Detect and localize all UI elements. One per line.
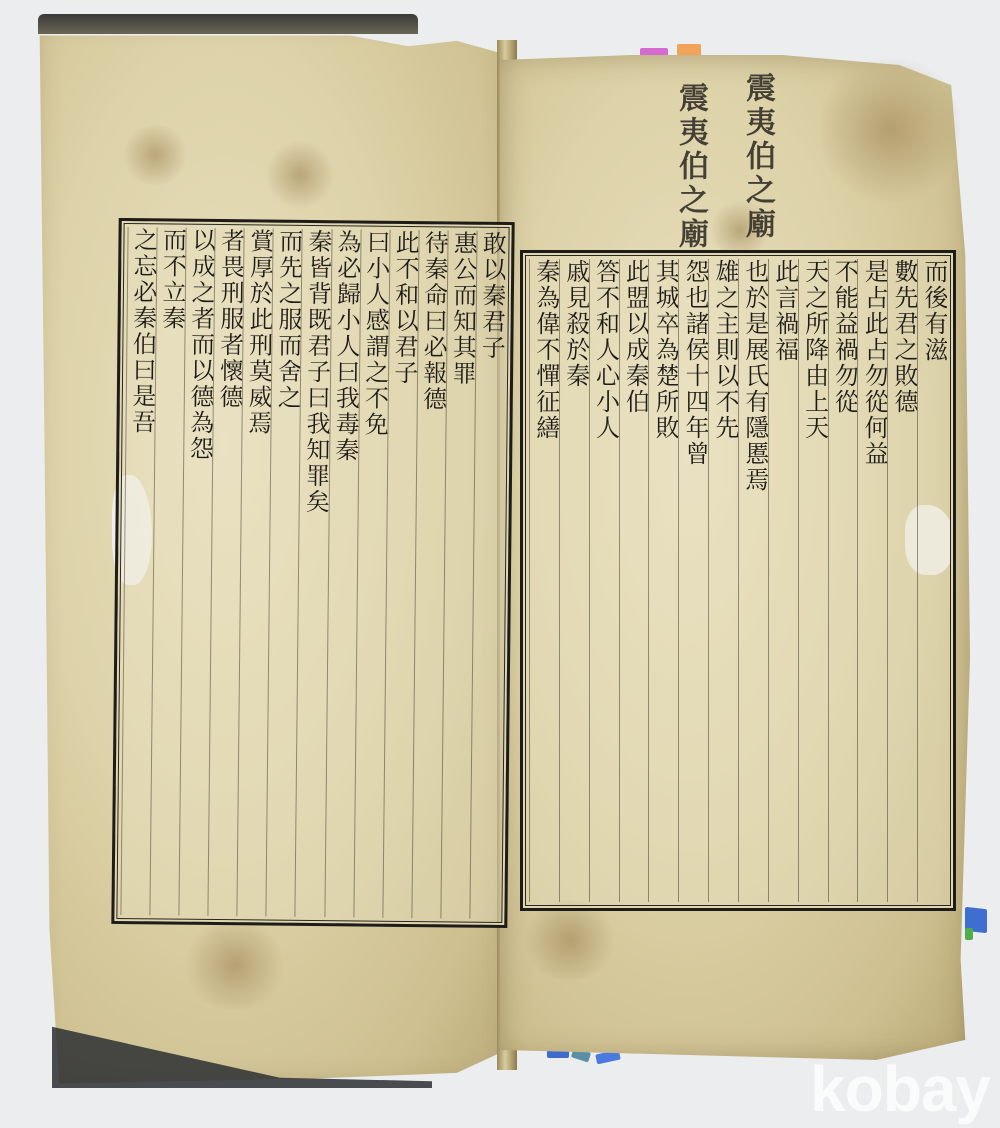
- text-column: 此言禍福: [768, 259, 798, 902]
- text-column: 秦為偉不憚征繕: [529, 259, 559, 902]
- handwritten-title: 震夷伯之廟: [735, 72, 779, 242]
- handwritten-title: 震夷伯之廟: [668, 82, 712, 252]
- text-column: 是占此占勿從何益: [857, 259, 887, 902]
- text-column: 雄之主則以不先: [708, 259, 738, 902]
- text-column: 數先君之敗德: [887, 259, 917, 902]
- text-column: 此盟以成秦伯: [619, 259, 649, 902]
- watermark-logo: kobay: [810, 1052, 990, 1126]
- water-stain: [820, 50, 960, 210]
- text-column: 敢以秦君子: [469, 231, 505, 919]
- book-cover-edge-top: [38, 14, 418, 34]
- water-stain: [180, 920, 290, 1010]
- water-stain: [120, 125, 190, 185]
- text-column: 而後有滋: [917, 259, 947, 902]
- text-column: 怨也諸侯十四年曾: [678, 259, 708, 902]
- left-page-text-block: 敢以秦君子 惠公而知其罪 待秦命曰必報德 此不和以君子 曰小人感謂之不免 為必歸…: [111, 218, 514, 928]
- sticky-tab-green-right: [965, 928, 973, 940]
- text-column: 不能益禍勿從: [828, 259, 858, 902]
- text-column: 答不和人心小人: [589, 259, 619, 902]
- text-column: 也於是展氏有隱慝焉: [738, 259, 768, 902]
- text-column: 天之所降由上天: [798, 259, 828, 902]
- water-stain: [265, 140, 335, 210]
- text-column: 戚見殺於秦: [559, 259, 589, 902]
- water-stain: [520, 900, 620, 980]
- right-page-text-block: 而後有滋 數先君之敗德 是占此占勿從何益 不能益禍勿從 天之所降由上天 此言禍福…: [520, 250, 956, 911]
- text-column: 其城卒為楚所敗: [648, 259, 678, 902]
